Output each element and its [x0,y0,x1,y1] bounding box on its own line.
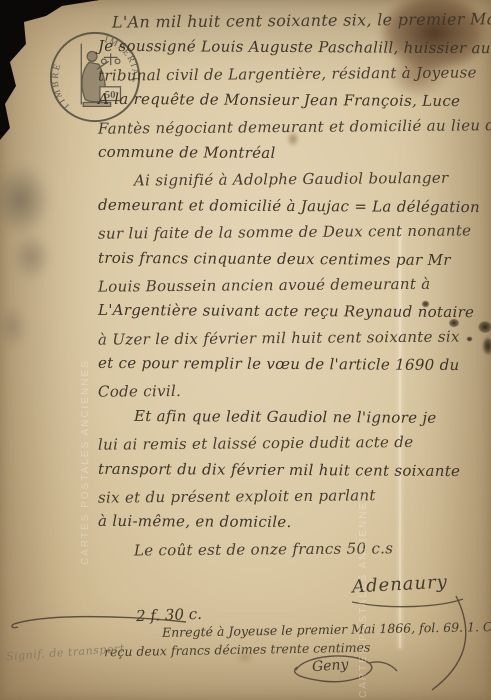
handwritten-line: commune de Montréal [98,139,483,168]
handwritten-line: à lui-même, en domicile. [98,508,483,537]
handwritten-line: lui ai remis et laissé copie dudit acte … [98,429,483,459]
watermark: CARTES POSTALES ANCIENNES [358,430,369,698]
handwritten-line: demeurant et domicilié à Jaujac = La dél… [98,192,483,221]
handwritten-body: L'An mil huit cent soixante six, le prem… [98,8,483,562]
registrar-signature: Geny [311,657,348,676]
handwritten-line: trois francs cinquante deux centimes par… [98,244,483,273]
handwritten-line: L'Argentière suivant acte reçu Reynaud n… [98,297,483,326]
handwritten-line: à Uzer le dix février mil huit cent soix… [98,323,483,353]
handwritten-line: sur lui faite de la somme de Deux cent n… [98,217,483,247]
handwritten-line: Le coût est de onze francs 50 c.s [134,534,483,563]
handwritten-line: A la requête de Monsieur Jean François, … [98,86,483,115]
ink-blot [482,336,491,356]
handwritten-line: Code civil. [98,376,483,406]
handwritten-line: Et afin que ledit Gaudiol ne l'ignore je [134,403,483,432]
document-photo: TIMBRE IMPERIAL 50 L'An mil huit cent so… [0,0,491,700]
handwritten-line: et ce pour remplir le vœu de l'article 1… [98,350,483,379]
handwritten-line: Ai signifié à Adolphe Gaudiol boulanger [134,165,483,194]
svg-text:TIMBRE: TIMBRE [51,61,73,111]
handwritten-line: L'An mil huit cent soixante six, le prem… [112,6,483,36]
handwritten-line: six et du présent exploit en parlant [98,481,483,511]
handwritten-line: Louis Boussein ancien avoué demeurant à [98,270,483,300]
watermark: CARTES POSTALES ANCIENNES [80,185,91,565]
stamp-ring-text-left: TIMBRE [51,61,73,111]
handwritten-line: Fantès négociant demeurant et domicilié … [98,112,483,142]
handwritten-line: tribunal civil de Largentière, résidant … [98,59,483,89]
handwritten-line: Je soussigné Louis Auguste Paschalill, h… [98,33,483,62]
handwritten-line: transport du dix février mil huit cent s… [98,455,483,484]
fee-note: 2 f. 30 c. [136,605,202,625]
